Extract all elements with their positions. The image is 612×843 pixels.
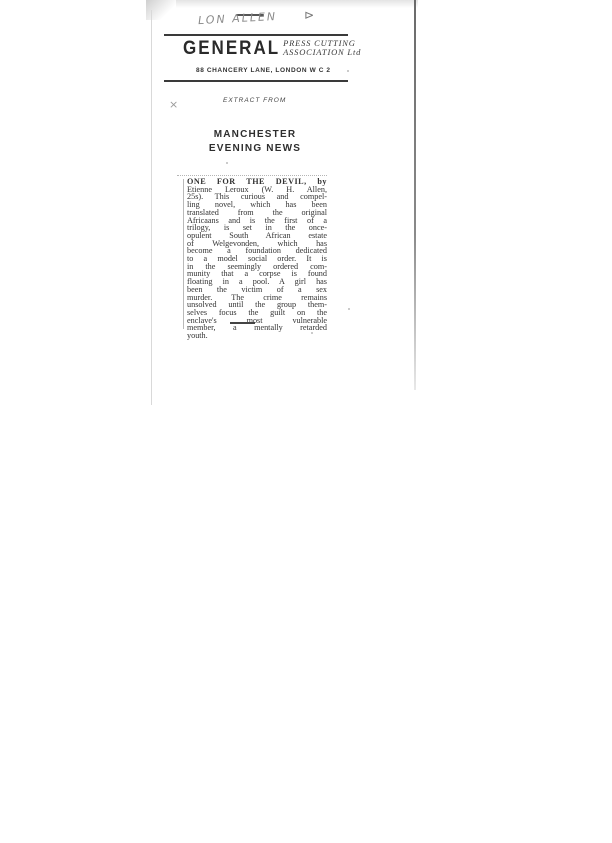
scan-shadow-top <box>148 0 418 8</box>
agency-name: GENERAL <box>183 37 280 60</box>
agency-address: 88 CHANCERY LANE, LONDON W C 2 <box>196 67 331 74</box>
check-mark-icon: ⊳ <box>304 8 314 22</box>
publication-name-line1: MANCHESTER <box>190 128 320 142</box>
scan-speck <box>348 308 350 310</box>
scan-speck <box>347 70 349 72</box>
publication-name-line2: EVENING NEWS <box>190 142 320 156</box>
pen-underline-mark <box>230 322 255 324</box>
x-mark-icon: × <box>169 98 178 111</box>
clipping-page-edge-left <box>151 10 152 405</box>
handwritten-note: LON ALLEN <box>198 10 278 27</box>
scan-speck <box>311 332 313 334</box>
review-article: ONE FOR THE DEVIL, byEtienne Leroux (W. … <box>187 178 327 340</box>
agency-subtitle-line2: ASSOCIATION Ltd <box>283 47 361 57</box>
article-text-line: youth. <box>187 332 327 340</box>
agency-masthead: GENERAL PRESS CUTTING ASSOCIATION Ltd <box>183 38 361 58</box>
publication-name: MANCHESTER EVENING NEWS <box>190 128 320 156</box>
clipping-page-edge-right <box>414 0 416 390</box>
article-text-line: member, a mentally retarded <box>187 324 327 332</box>
agency-subtitle: PRESS CUTTING ASSOCIATION Ltd <box>283 39 361 57</box>
scan-speck <box>226 162 228 164</box>
header-rule-bottom <box>164 80 348 82</box>
clipping-column-rule <box>183 179 185 329</box>
extract-label: EXTRACT FROM <box>223 97 286 104</box>
